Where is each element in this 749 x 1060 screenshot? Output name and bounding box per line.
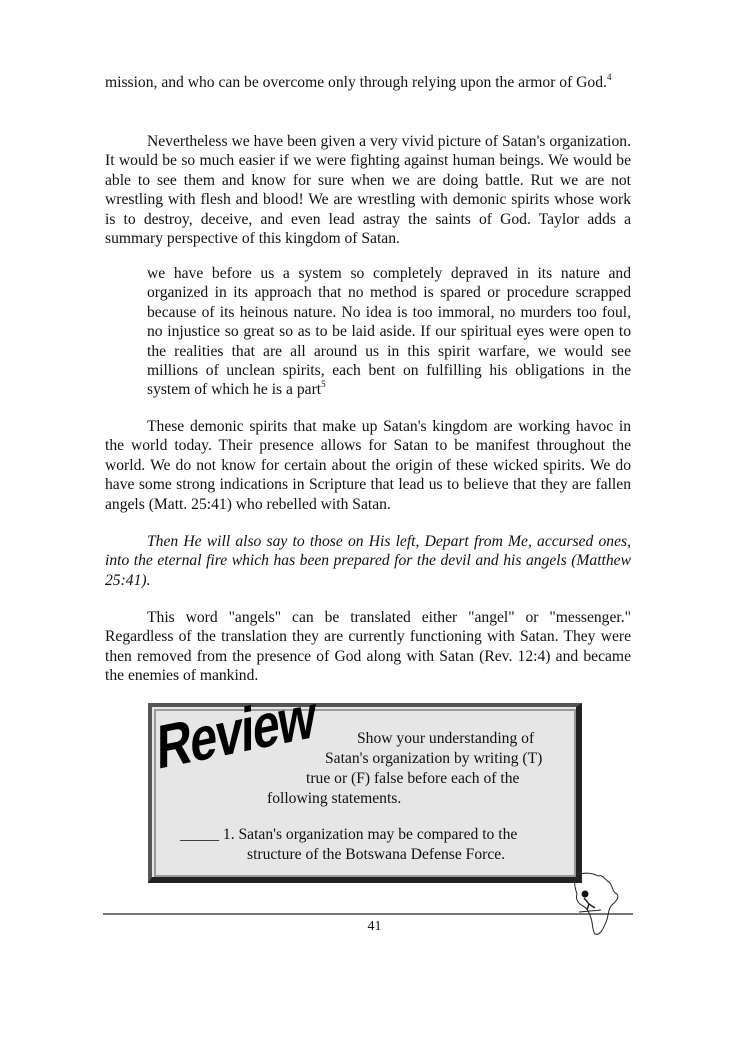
page-number: 41 bbox=[0, 919, 749, 935]
document-page: mission, and who can be overcome only th… bbox=[0, 0, 749, 1060]
review-item-1: _____ 1. Satan's organization may be com… bbox=[180, 825, 517, 845]
answer-blank[interactable]: _____ bbox=[180, 826, 219, 843]
review-instruction-line: Show your understanding of bbox=[357, 729, 534, 749]
scripture-quote-matthew: Then He will also say to those on His le… bbox=[105, 532, 631, 590]
footnote-ref-5: 5 bbox=[321, 379, 326, 389]
paragraph-nevertheless: Nevertheless we have been given a very v… bbox=[105, 132, 631, 248]
item-number: 1. bbox=[223, 826, 235, 843]
review-instruction-line: Satan's organization by writing (T) bbox=[325, 749, 542, 769]
block-quote-taylor: we have before us a system so completely… bbox=[147, 264, 631, 400]
review-instruction-line: true or (F) false before each of the bbox=[306, 769, 519, 789]
paragraph-angels: This word "angels" can be translated eit… bbox=[105, 608, 631, 686]
review-instruction-line: following statements. bbox=[267, 789, 401, 809]
africa-map-with-kneeling-figure-icon bbox=[565, 870, 635, 940]
footer-rule bbox=[103, 913, 633, 915]
footnote-ref-4: 4 bbox=[607, 72, 612, 82]
item-text: Satan's organization may be compared to … bbox=[239, 826, 518, 843]
review-item-1-line2: structure of the Botswana Defense Force. bbox=[247, 845, 505, 865]
paragraph-demonic-spirits: These demonic spirits that make up Satan… bbox=[105, 417, 631, 514]
paragraph-continuation: mission, and who can be overcome only th… bbox=[105, 73, 631, 92]
